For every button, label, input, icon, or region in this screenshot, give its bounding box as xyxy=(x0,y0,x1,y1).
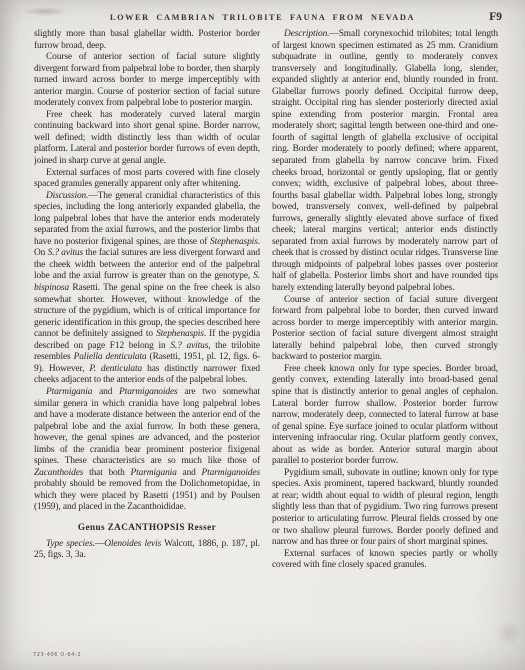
granules-paragraph: External surfaces of known species partl… xyxy=(272,549,498,572)
scan-smudge xyxy=(496,620,522,646)
scanned-page: LOWER CAMBRIAN TRILOBITE FAUNA FROM NEVA… xyxy=(0,0,525,670)
printer-mark: 723-406 O-64-2 xyxy=(33,652,81,658)
pygidium-paragraph: Pygidium small, subovate in outline; kno… xyxy=(272,468,498,549)
free-cheek-paragraph: Free cheek has moderately curved lateral… xyxy=(34,110,260,168)
description-paragraph: Description.—Small corynexochid trilobit… xyxy=(272,29,498,295)
left-column: slightly more than basal glabellar width… xyxy=(34,29,260,654)
discussion-paragraph: Discussion.—The general cranidial charac… xyxy=(34,191,260,387)
text-columns: slightly more than basal glabellar width… xyxy=(34,29,498,654)
page-number: F9 xyxy=(489,11,502,23)
continuation-paragraph: slightly more than basal glabellar width… xyxy=(34,29,260,52)
suture-course-paragraph: Course of anterior section of facial sut… xyxy=(272,295,498,364)
facial-suture-paragraph: Course of anterior section of facial sut… xyxy=(34,52,260,110)
type-species-paragraph: Type species.—Olenoides levis Walcott, 1… xyxy=(34,539,260,562)
genus-heading: Genus ZACANTHOPSIS Resser xyxy=(34,522,260,534)
external-surfaces-paragraph: External surfaces of most parts covered … xyxy=(34,168,260,191)
ptarmigania-paragraph: Ptarmigania and Ptarmiganoides are two s… xyxy=(34,387,260,514)
free-cheek-description-paragraph: Free cheek known only for type species. … xyxy=(272,364,498,468)
right-column: Description.—Small corynexochid trilobit… xyxy=(272,29,498,654)
running-title: LOWER CAMBRIAN TRILOBITE FAUNA FROM NEVA… xyxy=(60,13,465,22)
